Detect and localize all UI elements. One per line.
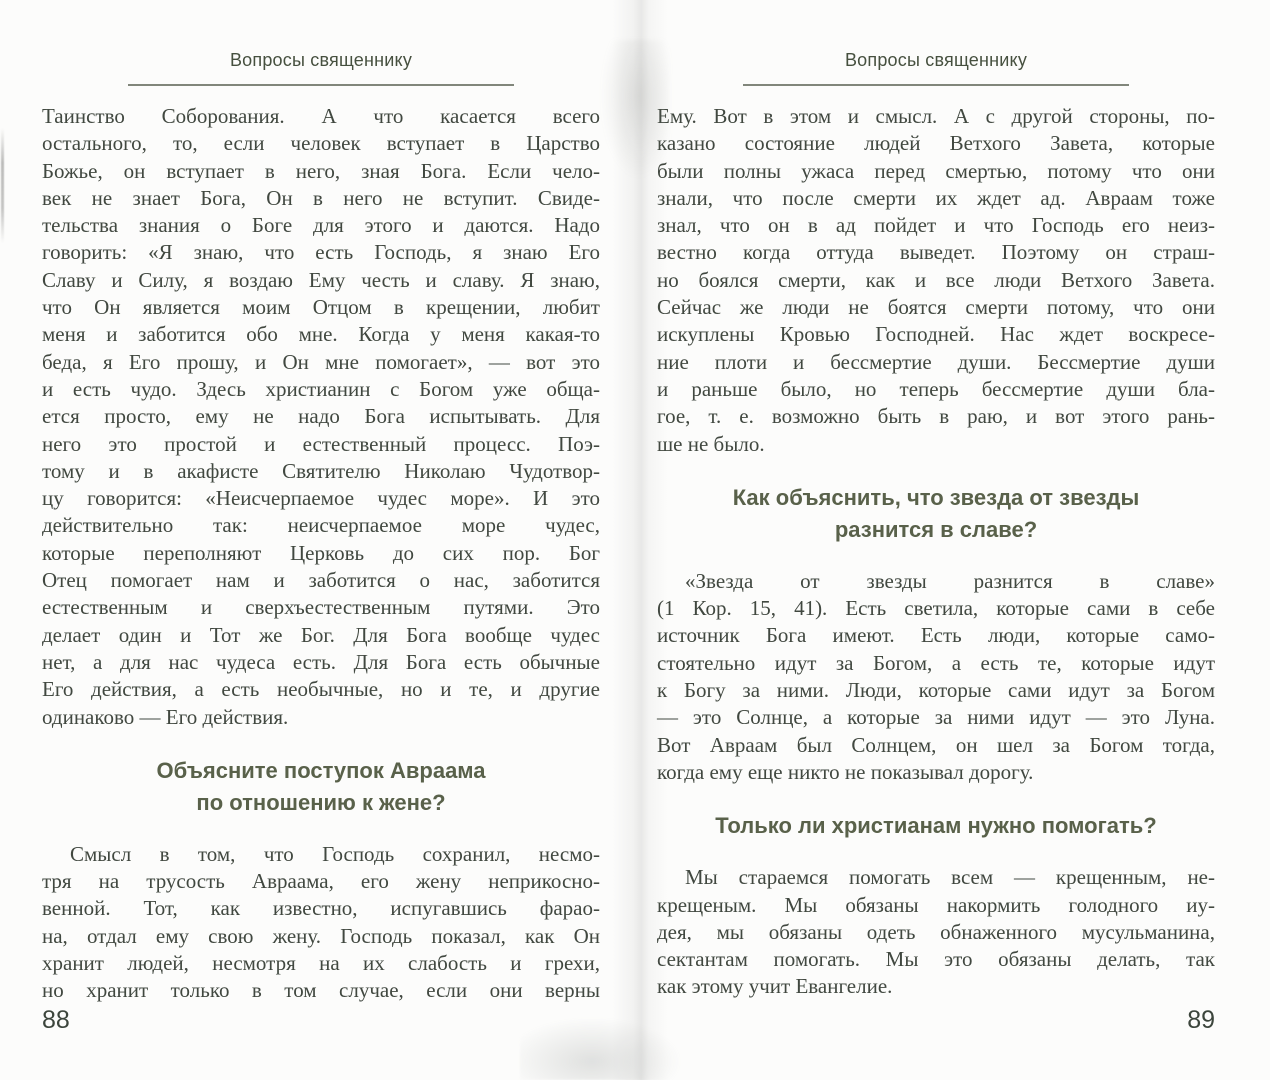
text-line: ется просто, ему не надо Бога испытывать… — [42, 403, 600, 430]
question-heading: Как объяснить, что звезда от звездыразни… — [657, 482, 1215, 546]
text-line: Ему. Вот в этом и смысл. А с другой стор… — [657, 103, 1215, 130]
text-line: и есть чудо. Здесь христианин с Богом уж… — [42, 376, 600, 403]
text-line: вестно когда оттуда выведет. Поэтому он … — [657, 239, 1215, 266]
text-line: Смысл в том, что Господь сохранил, несмо… — [42, 841, 600, 868]
text-line: но хранит только в том случае, если они … — [42, 977, 600, 1004]
text-line: были полны ужаса перед смертью, потому ч… — [657, 158, 1215, 185]
text-line: «Звезда от звезды разнится в славе» — [657, 568, 1215, 595]
text-line: но боялся смерти, как и все люди Ветхого… — [657, 267, 1215, 294]
page-right-body: Ему. Вот в этом и смысл. А с другой стор… — [657, 103, 1215, 1001]
page-left-body: Таинство Соборования. А что касается все… — [42, 103, 600, 1005]
page-right-column: Вопросы священнику Ему. Вот в этом и смы… — [657, 0, 1215, 1080]
text-line: Мы стараемся помогать всем — крещенным, … — [657, 864, 1215, 891]
text-line: него это простой и естественный процесс.… — [42, 431, 600, 458]
text-line: беда, я Его прошу, и Он мне помогает», —… — [42, 349, 600, 376]
paragraph: Мы стараемся помогать всем — крещенным, … — [657, 864, 1215, 1000]
text-line: казано состояние людей Ветхого Завета, к… — [657, 130, 1215, 157]
paragraph: Ему. Вот в этом и смысл. А с другой стор… — [657, 103, 1215, 458]
text-line: Славу и Силу, я воздаю Ему честь и славу… — [42, 267, 600, 294]
running-head-rule — [128, 84, 514, 86]
text-line: источник Бога имеют. Есть люди, которые … — [657, 622, 1215, 649]
text-line: стоятельно идут за Богом, а есть те, кот… — [657, 650, 1215, 677]
text-line: хранит людей, несмотря на их слабость и … — [42, 950, 600, 977]
text-line: Отец помогает нам и заботится о нас, заб… — [42, 567, 600, 594]
running-head: Вопросы священнику — [42, 50, 600, 71]
text-line: знал, что он в ад пойдет и что Господь е… — [657, 212, 1215, 239]
text-line: (1 Кор. 15, 41). Есть светила, которые с… — [657, 595, 1215, 622]
text-line: нет, а для нас чудеса есть. Для Бога ест… — [42, 649, 600, 676]
text-line: естественным и сверхъестественным путями… — [42, 594, 600, 621]
page-left: Вопросы священнику Таинство Соборования.… — [0, 0, 635, 1080]
paragraph: «Звезда от звезды разнится в славе»(1 Ко… — [657, 568, 1215, 786]
question-heading: Объясните поступок Авраамапо отношению к… — [42, 755, 600, 819]
question-heading-line: по отношению к жене? — [42, 787, 600, 819]
running-head-rule — [743, 84, 1129, 86]
text-line: — это Солнце, а которые за ними идут — э… — [657, 704, 1215, 731]
text-line: знали, что после смерти их ждет ад. Авра… — [657, 185, 1215, 212]
text-line: Его действия, а есть необычные, но и те,… — [42, 676, 600, 703]
paragraph: Таинство Соборования. А что касается все… — [42, 103, 600, 731]
text-line: делает один и Тот же Бог. Для Бога вообщ… — [42, 622, 600, 649]
text-line: действительно так: неисчерпаемое море чу… — [42, 512, 600, 539]
text-line: и раньше было, но теперь бессмертие души… — [657, 376, 1215, 403]
paragraph: Смысл в том, что Господь сохранил, несмо… — [42, 841, 600, 1005]
text-line: что Он является моим Отцом в крещении, л… — [42, 294, 600, 321]
page-number-left: 88 — [42, 1006, 70, 1035]
text-line: искуплены Кровью Господней. Нас ждет вос… — [657, 321, 1215, 348]
text-line: на, отдал ему свою жену. Господь показал… — [42, 923, 600, 950]
page-right: Вопросы священнику Ему. Вот в этом и смы… — [635, 0, 1270, 1080]
page-left-column: Вопросы священнику Таинство Соборования.… — [42, 0, 600, 1080]
text-line: тому и в акафисте Святителю Николаю Чудо… — [42, 458, 600, 485]
question-heading: Только ли христианам нужно помогать? — [657, 810, 1215, 842]
question-heading-line: Как объяснить, что звезда от звезды — [657, 482, 1215, 514]
text-line: одинаково — Его действия. — [42, 704, 600, 731]
question-heading-line: разнится в славе? — [657, 514, 1215, 546]
text-line: меня и заботится обо мне. Когда у меня к… — [42, 321, 600, 348]
text-line: сектантам помогать. Мы это обязаны делат… — [657, 946, 1215, 973]
text-line: тельства знания о Боге для этого и даютс… — [42, 212, 600, 239]
text-line: век не знает Бога, Он в него не вступит.… — [42, 185, 600, 212]
text-line: когда ему еще никто не показывал дорогу. — [657, 759, 1215, 786]
text-line: Сейчас же люди не боятся смерти потому, … — [657, 294, 1215, 321]
running-head: Вопросы священнику — [657, 50, 1215, 71]
text-line: Вот Авраам был Солнцем, он шел за Богом … — [657, 732, 1215, 759]
question-heading-line: Только ли христианам нужно помогать? — [657, 810, 1215, 842]
text-line: дея, мы обязаны одеть обнаженного мусуль… — [657, 919, 1215, 946]
text-line: к Богу за ними. Люди, которые сами идут … — [657, 677, 1215, 704]
text-line: говорить: «Я знаю, что есть Господь, я з… — [42, 239, 600, 266]
text-line: венной. Тот, как известно, испугавшись ф… — [42, 895, 600, 922]
text-line: остального, то, если человек вступает в … — [42, 130, 600, 157]
question-heading-line: Объясните поступок Авраама — [42, 755, 600, 787]
text-line: как этому учит Евангелие. — [657, 973, 1215, 1000]
text-line: ние плоти и бессмертие души. Бессмертие … — [657, 349, 1215, 376]
text-line: ше не было. — [657, 431, 1215, 458]
text-line: Таинство Соборования. А что касается все… — [42, 103, 600, 130]
text-line: которые переполняют Церковь до сих пор. … — [42, 540, 600, 567]
page-number-right: 89 — [1187, 1006, 1215, 1035]
text-line: цу говорится: «Неисчерпаемое чудес море»… — [42, 485, 600, 512]
text-line: Божье, он вступает в него, зная Бога. Ес… — [42, 158, 600, 185]
text-line: тря на трусость Авраама, его жену неприк… — [42, 868, 600, 895]
text-line: крещеным. Мы обязаны накормить голодного… — [657, 892, 1215, 919]
text-line: гое, т. е. возможно быть в раю, и вот эт… — [657, 403, 1215, 430]
